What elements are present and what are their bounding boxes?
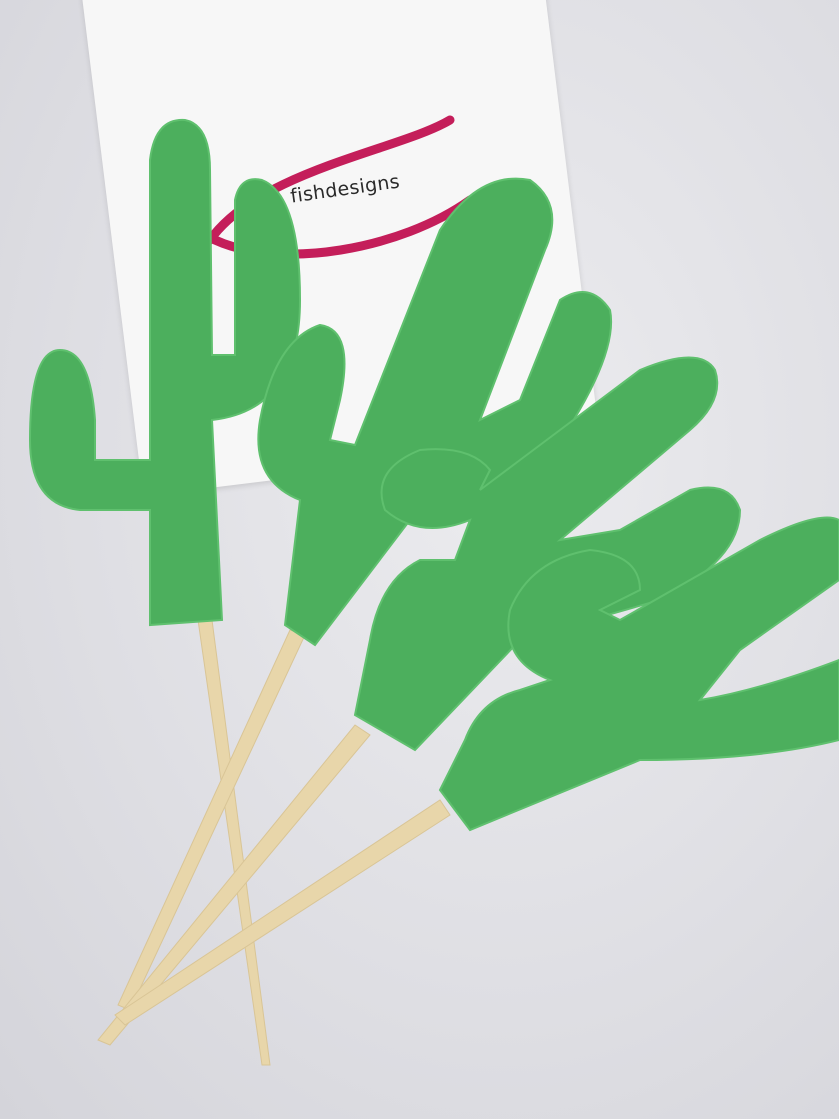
cactus-toppers: [0, 0, 839, 1119]
photo-scene: fishdesigns: [0, 0, 839, 1119]
cactus-1: [30, 120, 300, 625]
